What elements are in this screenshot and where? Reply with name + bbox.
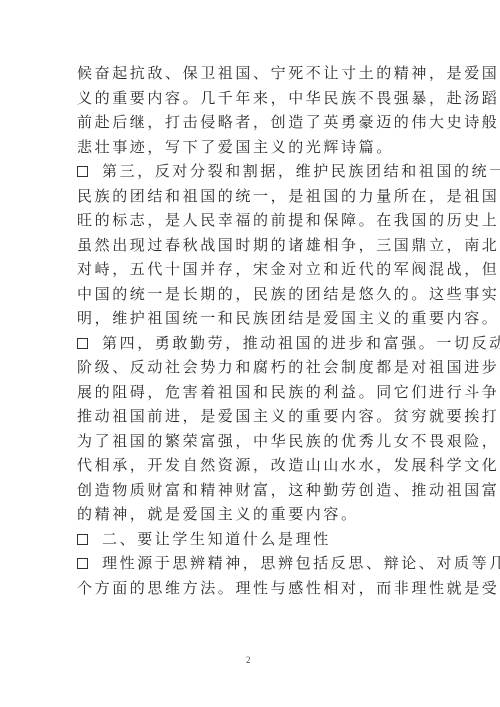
text-line: 中国的统一是长期的，民族的团结是悠久的。这些事实表 <box>77 282 439 307</box>
line-text: 悲壮事迹，写下了爱国主义的光辉诗篇。 <box>77 138 394 156</box>
text-line: 明，维护祖国统一和民族团结是爱国主义的重要内容。 <box>77 306 439 331</box>
paragraph-start-line: 二、要让学生知道什么是理性 <box>77 527 439 552</box>
document-body: 候奋起抗敌、保卫祖国、宁死不让寸土的精神，是爱国主义的重要内容。几千年来，中华民… <box>77 61 439 600</box>
text-line: 推动祖国前进，是爱国主义的重要内容。贫穷就要挨打， <box>77 404 439 429</box>
checkbox-bullet-icon <box>77 558 88 569</box>
text-line: 候奋起抗敌、保卫祖国、宁死不让寸土的精神，是爱国主 <box>77 61 439 86</box>
paragraph-start-line: 第四，勇敢勤劳，推动祖国的进步和富强。一切反动 <box>77 331 439 356</box>
line-text: 明，维护祖国统一和民族团结是爱国主义的重要内容。 <box>77 309 499 327</box>
text-line: 对峙，五代十国并存，宋金对立和近代的军阀混战，但是 <box>77 257 439 282</box>
text-line: 创造物质财富和精神财富，这种勤劳创造、推动祖国富强 <box>77 478 439 503</box>
text-line: 民族的团结和祖国的统一，是祖国的力量所在，是祖国兴 <box>77 184 439 209</box>
text-line: 虽然出现过春秋战国时期的诸雄相争，三国鼎立，南北朝 <box>77 233 439 258</box>
line-text: 义的重要内容。几千年来，中华民族不畏强暴，赴汤蹈火， <box>77 89 500 107</box>
checkbox-bullet-icon <box>77 534 88 545</box>
line-text: 候奋起抗敌、保卫祖国、宁死不让寸土的精神，是爱国主 <box>77 64 500 82</box>
text-line: 的精神，就是爱国主义的重要内容。 <box>77 502 439 527</box>
text-line: 个方面的思维方法。理性与感性相对，而非理性就是受个 <box>77 576 439 601</box>
line-text: 第四，勇敢勤劳，推动祖国的进步和富强。一切反动 <box>102 334 500 352</box>
text-line: 展的阻碍，危害着祖国和民族的利益。同它们进行斗争， <box>77 380 439 405</box>
line-text: 创造物质财富和精神财富，这种勤劳创造、推动祖国富强 <box>77 481 500 499</box>
line-text: 推动祖国前进，是爱国主义的重要内容。贫穷就要挨打， <box>77 407 500 425</box>
paragraph-start-line: 理性源于思辨精神，思辨包括反思、辩论、对质等几 <box>77 551 439 576</box>
text-line: 代相承，开发自然资源，改造山山水水，发展科学文化， <box>77 453 439 478</box>
text-line: 为了祖国的繁荣富强，中华民族的优秀儿女不畏艰险，世 <box>77 429 439 454</box>
text-line: 义的重要内容。几千年来，中华民族不畏强暴，赴汤蹈火， <box>77 86 439 111</box>
line-text: 虽然出现过春秋战国时期的诸雄相争，三国鼎立，南北朝 <box>77 236 500 254</box>
page-number: 2 <box>246 655 251 665</box>
line-text: 前赴后继，打击侵略者，创造了英勇豪迈的伟大史诗般的 <box>77 113 500 131</box>
line-text: 民族的团结和祖国的统一，是祖国的力量所在，是祖国兴 <box>77 187 500 205</box>
document-page: 候奋起抗敌、保卫祖国、宁死不让寸土的精神，是爱国主义的重要内容。几千年来，中华民… <box>0 0 500 707</box>
paragraph-start-line: 第三，反对分裂和割据，维护民族团结和祖国的统一。 <box>77 159 439 184</box>
line-text: 理性源于思辨精神，思辨包括反思、辩论、对质等几 <box>102 554 500 572</box>
line-text: 中国的统一是长期的，民族的团结是悠久的。这些事实表 <box>77 285 500 303</box>
text-line: 悲壮事迹，写下了爱国主义的光辉诗篇。 <box>77 135 439 160</box>
line-text: 为了祖国的繁荣富强，中华民族的优秀儿女不畏艰险，世 <box>77 432 500 450</box>
text-line: 前赴后继，打击侵略者，创造了英勇豪迈的伟大史诗般的 <box>77 110 439 135</box>
line-text: 代相承，开发自然资源，改造山山水水，发展科学文化， <box>77 456 500 474</box>
checkbox-bullet-icon <box>77 166 88 177</box>
line-text: 第三，反对分裂和割据，维护民族团结和祖国的统一。 <box>102 162 500 180</box>
line-text: 阶级、反动社会势力和腐朽的社会制度都是对祖国进步发 <box>77 358 500 376</box>
line-text: 的精神，就是爱国主义的重要内容。 <box>77 505 359 523</box>
text-line: 旺的标志，是人民幸福的前提和保障。在我国的历史上， <box>77 208 439 233</box>
checkbox-bullet-icon <box>77 338 88 349</box>
text-line: 阶级、反动社会势力和腐朽的社会制度都是对祖国进步发 <box>77 355 439 380</box>
line-text: 二、要让学生知道什么是理性 <box>102 530 331 548</box>
line-text: 展的阻碍，危害着祖国和民族的利益。同它们进行斗争， <box>77 383 500 401</box>
line-text: 对峙，五代十国并存，宋金对立和近代的军阀混战，但是 <box>77 260 500 278</box>
line-text: 个方面的思维方法。理性与感性相对，而非理性就是受个 <box>77 579 500 597</box>
line-text: 旺的标志，是人民幸福的前提和保障。在我国的历史上， <box>77 211 500 229</box>
